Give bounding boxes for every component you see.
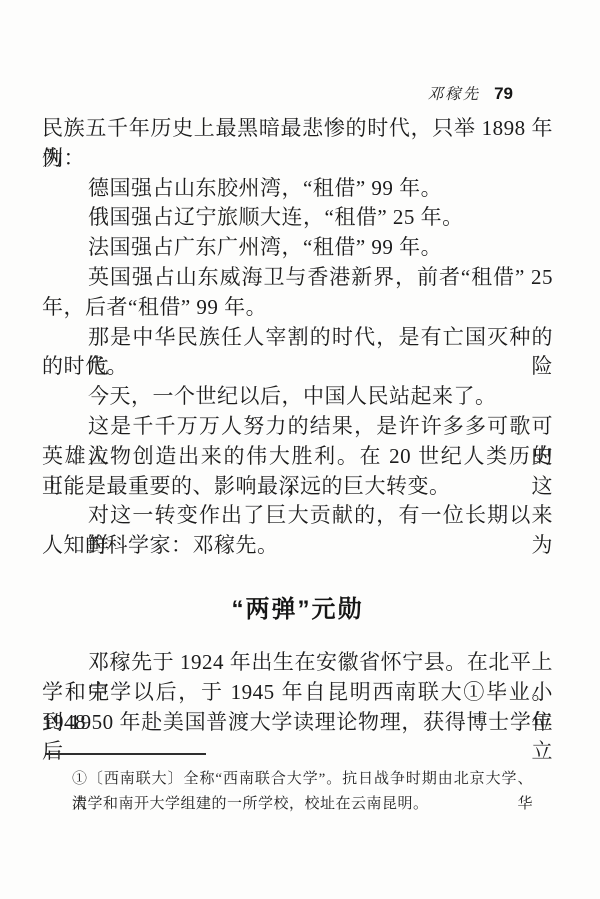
section-body: 邓稼先于 1924 年出生在安徽省怀宁县。在北平上完小 学和中学以后，于 194… [42,648,553,737]
body-text-line: 今天，一个世纪以后，中国人民站起来了。 [42,382,553,412]
body-text-line: 俄国强占辽宁旅顺大连，“租借” 25 年。 [42,203,553,233]
footnote: ①〔西南联大〕全称“西南联合大学”。抗日战争时期由北京大学、清华 大学和南开大学… [72,767,533,816]
footnote-line: ①〔西南联大〕全称“西南联合大学”。抗日战争时期由北京大学、清华 [72,767,533,792]
body-text-line: 英国强占山东威海卫与香港新界，前者“租借” 25 [42,263,553,293]
body-text-line: 对这一转变作出了巨大贡献的，有一位长期以来鲜为 [42,501,553,531]
body-text-line: 例： [42,144,553,174]
body-text-line: 这是千千万万人努力的结果，是许许多多可歌可泣的 [42,412,553,442]
body-text-line: 民族五千年历史上最黑暗最悲惨的时代，只举 1898 年为 [42,114,553,144]
body-text-line: 那是中华民族任人宰割的时代，是有亡国灭种的危险 [42,323,553,353]
section-text-line: 邓稼先于 1924 年出生在安徽省怀宁县。在北平上完小 [42,648,553,678]
body-text-line: 德国强占山东胶州湾，“租借” 99 年。 [42,174,553,204]
section-text-line: 学和中学以后，于 1945 年自昆明西南联大①毕业。1948 年 [42,678,553,708]
body-text-line: 年，后者“租借” 99 年。 [42,293,553,323]
body-text-line: 法国强占广东广州湾，“租借” 99 年。 [42,233,553,263]
running-title: 邓稼先 [428,82,481,104]
section-heading: “两弹”元勋 [42,589,553,624]
book-page: 邓稼先 79 民族五千年历史上最黑暗最悲惨的时代，只举 1898 年为 例： 德… [0,0,600,899]
footnote-divider [45,753,206,755]
page-number: 79 [494,84,513,104]
body-text: 民族五千年历史上最黑暗最悲惨的时代，只举 1898 年为 例： 德国强占山东胶州… [42,114,553,561]
section-text-line: 到 1950 年赴美国普渡大学读理论物理，获得博士学位后立 [42,708,553,738]
page-header: 邓稼先 79 [428,82,513,104]
body-text-line: 英雄人物创造出来的伟大胜利。在 20 世纪人类历史上，这 [42,442,553,472]
